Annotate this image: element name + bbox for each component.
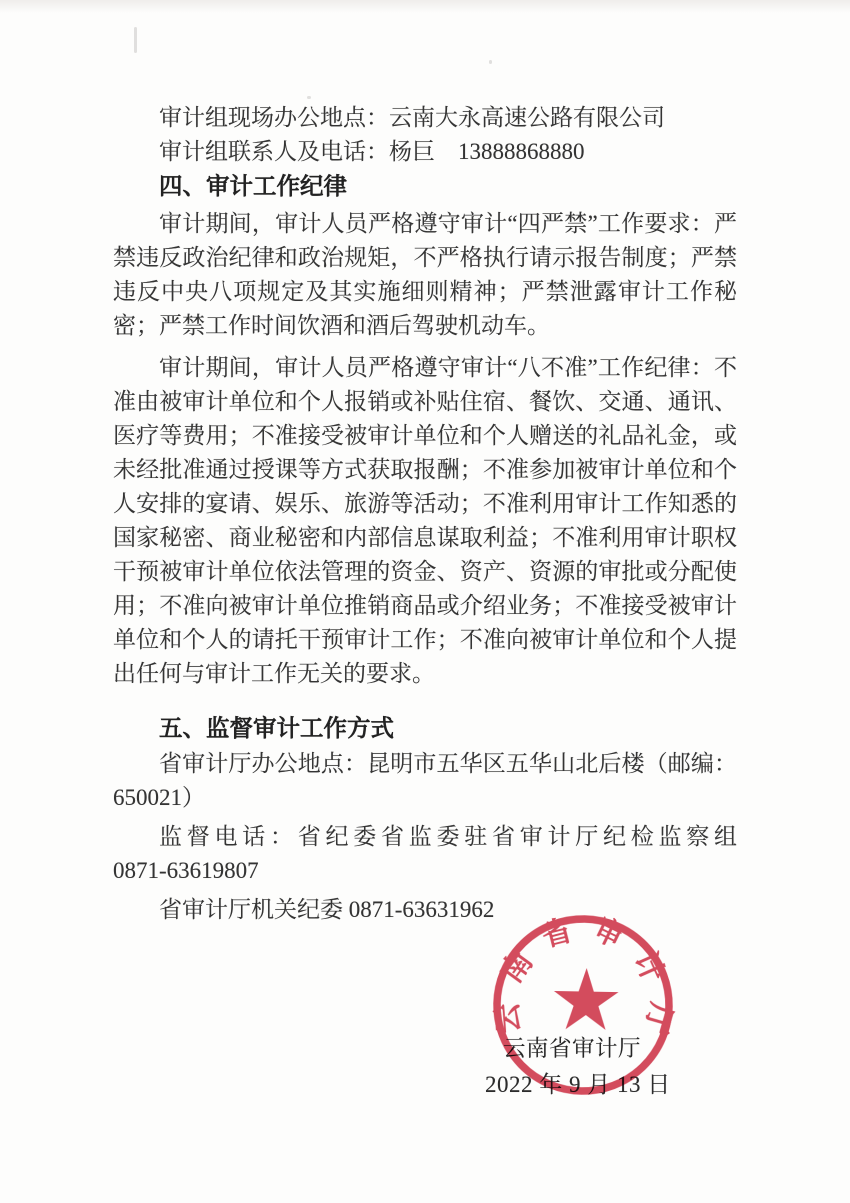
document-page: 审计组现场办公地点：云南大永高速公路有限公司 审计组联系人及电话：杨巨 1388… [0, 0, 850, 1203]
document-body: 审计组现场办公地点：云南大永高速公路有限公司 审计组联系人及电话：杨巨 1388… [113, 101, 737, 927]
scan-top-edge [0, 0, 850, 13]
supervision-phone-line: 监督电话：省纪委省监委驻省审计厅纪检监察组 0871-63619807 [113, 820, 737, 888]
supervision-phone-number: 0871-63619807 [113, 858, 259, 883]
official-seal: 云南省审计厅 [486, 908, 679, 1101]
paragraph: 审计期间，审计人员严格遵守审计“八不准”工作纪律：不准由被审计单位和个人报销或补… [113, 351, 737, 691]
audit-team-contact: 审计组联系人及电话：杨巨 13888868880 [113, 135, 737, 169]
section4-heading: 四、审计工作纪律 [113, 169, 737, 203]
section5-heading: 五、监督审计工作方式 [113, 711, 737, 745]
paragraph: 审计期间，审计人员严格遵守审计“四严禁”工作要求：严禁违反政治纪律和政治规矩，不… [113, 207, 737, 343]
audit-team-office-location: 审计组现场办公地点：云南大永高速公路有限公司 [113, 101, 737, 135]
scan-speck [307, 96, 311, 99]
seal-star-icon [553, 967, 619, 1030]
office-address-line: 省审计厅办公地点：昆明市五华区五华山北后楼（邮编：650021） [113, 747, 737, 815]
section4-paragraphs: 审计期间，审计人员严格遵守审计“四严禁”工作要求：严禁违反政治纪律和政治规矩，不… [113, 207, 737, 691]
scan-speck [134, 27, 137, 53]
scan-speck [489, 60, 492, 64]
supervision-phone-label: 监督电话：省纪委省监委驻省审计厅纪检监察组 [159, 824, 737, 849]
